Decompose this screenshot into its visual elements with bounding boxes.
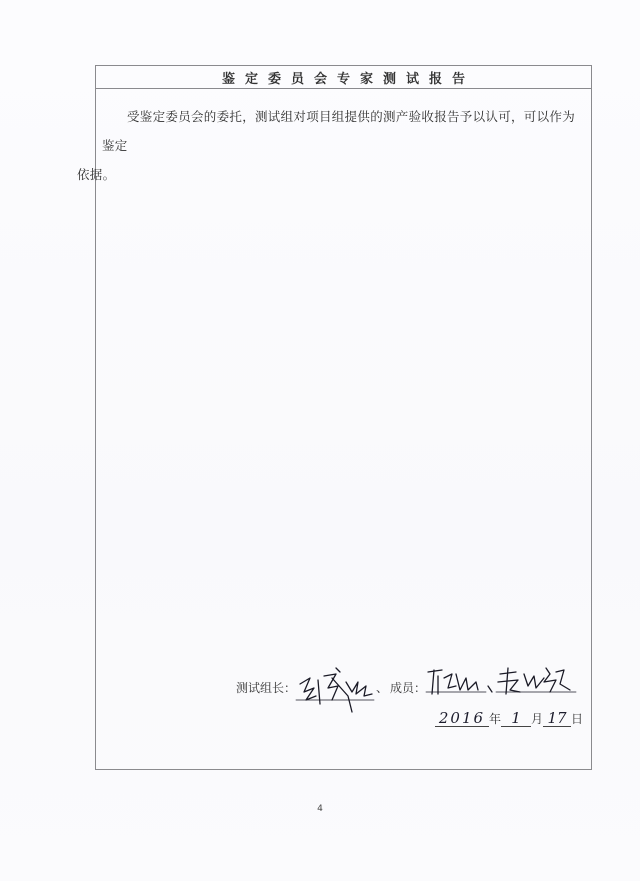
leader-label: 测试组长：: [236, 679, 296, 696]
date-year: 2016: [435, 710, 489, 727]
date-month-unit: 月: [531, 710, 543, 727]
signature-area: 测试组长： 、 成员：: [96, 66, 593, 771]
date-day: 17: [543, 710, 571, 727]
date-year-unit: 年: [489, 710, 501, 727]
page-number: 4: [0, 804, 640, 814]
report-box: 鉴定委员会专家测试报告 受鉴定委员会的委托，测试组对项目组提供的测产验收报告予以…: [95, 65, 592, 770]
members-label: 成员：: [390, 679, 426, 696]
date-day-unit: 日: [571, 710, 583, 727]
date-row: 2016 年 1 月 17 日: [435, 710, 583, 727]
document-page: 鉴定委员会专家测试报告 受鉴定委员会的委托，测试组对项目组提供的测产验收报告予以…: [0, 0, 640, 881]
member-signatures: [426, 678, 544, 696]
date-month: 1: [501, 710, 531, 727]
separator: 、: [376, 679, 388, 696]
leader-signature: [296, 678, 374, 696]
handwritten-signature-icon: [426, 664, 596, 704]
handwritten-signature-icon: [296, 666, 376, 716]
signature-row: 测试组长： 、 成员：: [236, 678, 544, 696]
